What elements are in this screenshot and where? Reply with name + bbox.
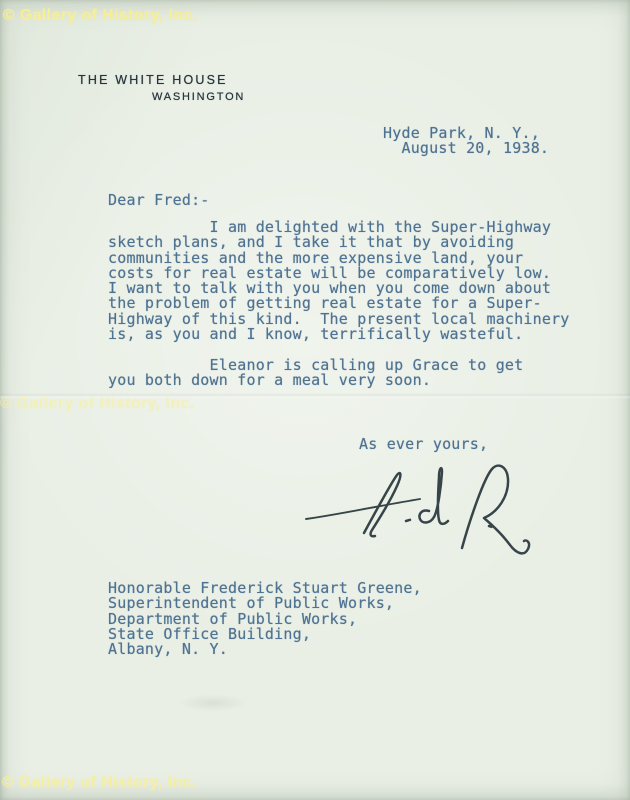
pencil-smudge [178,694,248,712]
body-paragraph-1: I am delighted with the Super-Highway sk… [108,220,570,342]
watermark-bottom: © Gallery of History, Inc. [2,774,197,792]
fdr-signature-autograph [288,453,618,575]
closing-valediction: As ever yours, [359,437,488,452]
watermark-top: © Gallery of History, Inc. [3,7,198,25]
dateline: Hyde Park, N. Y., August 20, 1938. [383,126,549,157]
body-paragraph-2: Eleanor is calling up Grace to get you b… [108,358,523,389]
recipient-address: Honorable Frederick Stuart Greene, Super… [108,581,422,657]
letter-document: © Gallery of History, Inc. THE WHITE HOU… [0,0,630,800]
letterhead-line2: WASHINGTON [152,91,245,103]
letterhead-line1: THE WHITE HOUSE [78,73,228,87]
fold-crease [0,393,630,399]
salutation: Dear Fred:- [108,193,210,208]
